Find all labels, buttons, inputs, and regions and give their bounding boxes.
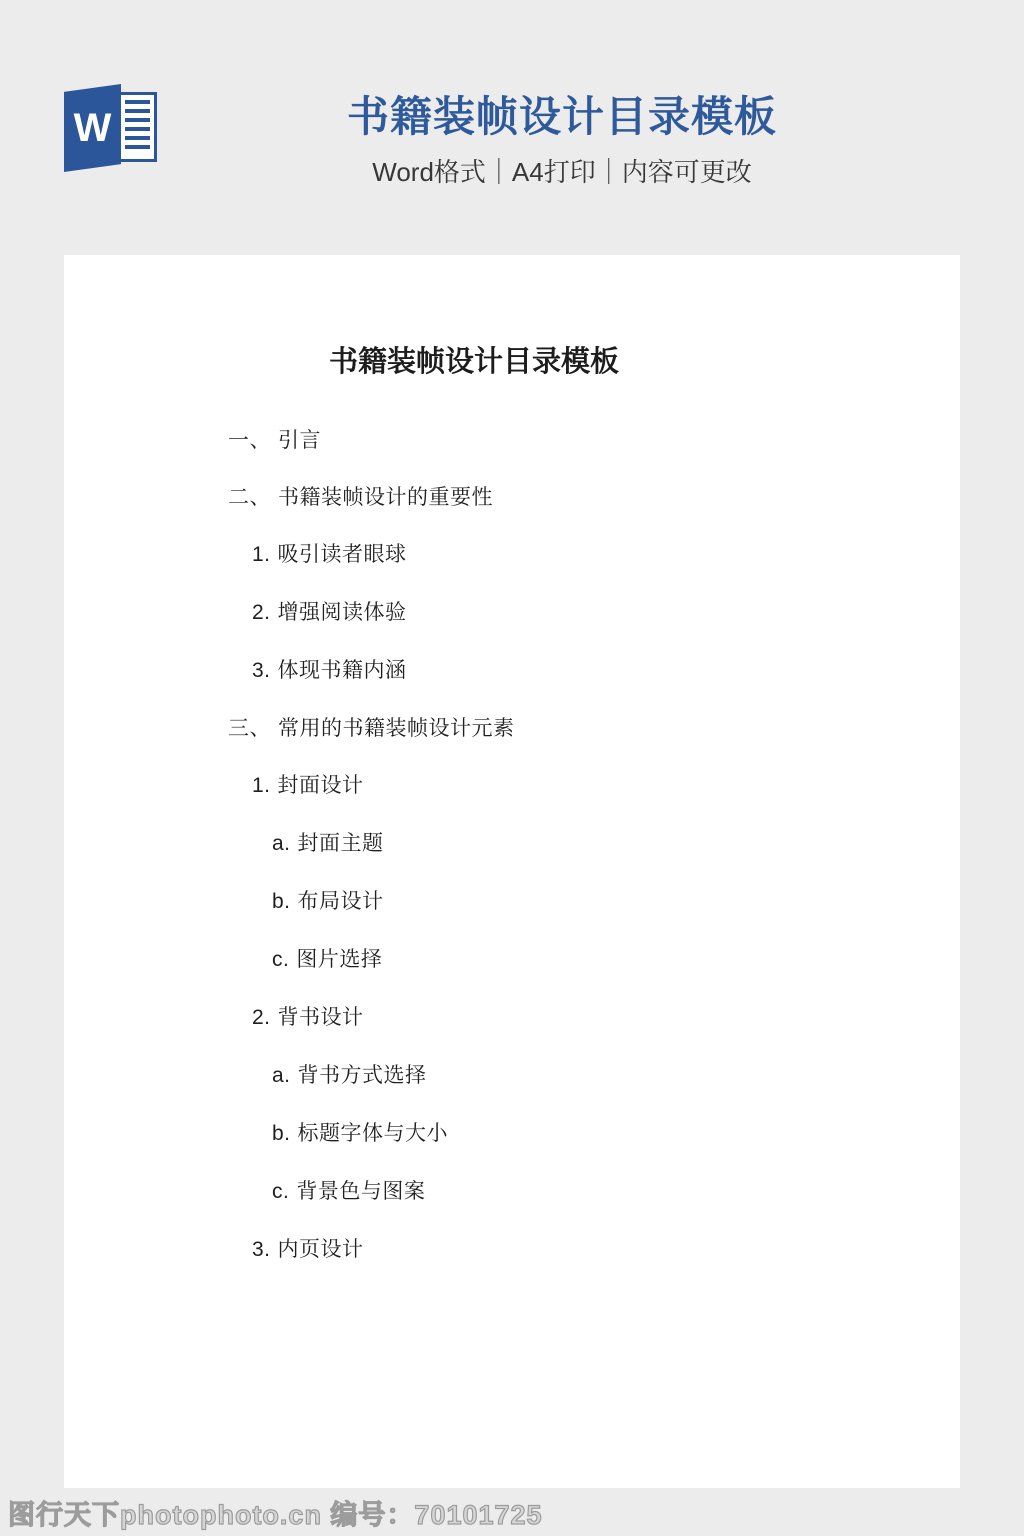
toc-item-prefix: 2. bbox=[252, 1006, 271, 1029]
toc-item-prefix: 三、 bbox=[228, 716, 271, 740]
toc-item: 2.增强阅读体验 bbox=[252, 601, 960, 624]
toc-item-prefix: 二、 bbox=[228, 485, 271, 509]
toc-item-prefix: a. bbox=[272, 1064, 291, 1087]
toc-item-text: 内页设计 bbox=[278, 1237, 364, 1261]
toc-item-prefix: 1. bbox=[252, 543, 271, 566]
toc-item-text: 布局设计 bbox=[298, 889, 384, 913]
toc-item-text: 背景色与图案 bbox=[296, 1179, 425, 1203]
template-title: 书籍装帧设计目录模板 bbox=[100, 94, 1024, 140]
toc-item-prefix: 一、 bbox=[228, 428, 271, 452]
toc-item: 三、常用的书籍装帧设计元素 bbox=[228, 717, 960, 739]
toc-item-prefix: a. bbox=[272, 832, 291, 855]
toc-item-text: 背书方式选择 bbox=[298, 1063, 427, 1087]
toc-item-text: 图片选择 bbox=[296, 947, 382, 971]
toc-item: 一、引言 bbox=[228, 429, 960, 451]
toc-item-text: 封面主题 bbox=[298, 831, 384, 855]
toc-item: 1.封面设计 bbox=[252, 774, 960, 797]
toc-item: 3.体现书籍内涵 bbox=[252, 659, 960, 682]
toc-item: a.背书方式选择 bbox=[272, 1064, 960, 1087]
toc-item: c.图片选择 bbox=[272, 948, 960, 971]
toc-item: 2.背书设计 bbox=[252, 1006, 960, 1029]
toc-item-prefix: b. bbox=[272, 1122, 291, 1145]
page-background: W 书籍装帧设计目录模板 Word格式｜A4打印｜内容可更改 书籍装帧设计目录模… bbox=[0, 0, 1024, 1536]
toc-item: a.封面主题 bbox=[272, 832, 960, 855]
toc-item-text: 增强阅读体验 bbox=[278, 600, 407, 624]
template-subtitle: Word格式｜A4打印｜内容可更改 bbox=[100, 157, 1024, 188]
toc-item: 1.吸引读者眼球 bbox=[252, 543, 960, 566]
toc-item: b.布局设计 bbox=[272, 890, 960, 913]
toc-item-prefix: c. bbox=[272, 1180, 289, 1203]
toc-item-text: 标题字体与大小 bbox=[298, 1121, 449, 1145]
toc-list: 一、引言二、书籍装帧设计的重要性1.吸引读者眼球2.增强阅读体验3.体现书籍内涵… bbox=[64, 429, 960, 1261]
toc-item-text: 体现书籍内涵 bbox=[278, 658, 407, 682]
toc-item: 3.内页设计 bbox=[252, 1238, 960, 1261]
watermark-text: 图行天下photophoto.cn 编号：70101725 bbox=[0, 1493, 543, 1532]
toc-item-prefix: b. bbox=[272, 890, 291, 913]
toc-item-prefix: 2. bbox=[252, 601, 271, 624]
toc-item-prefix: 1. bbox=[252, 774, 271, 797]
toc-item-prefix: 3. bbox=[252, 1238, 271, 1261]
toc-item-text: 书籍装帧设计的重要性 bbox=[278, 485, 493, 509]
toc-item-text: 常用的书籍装帧设计元素 bbox=[278, 716, 515, 740]
watermark-footer: 图行天下photophoto.cn 编号：70101725 bbox=[0, 1488, 1024, 1536]
toc-item-text: 背书设计 bbox=[278, 1005, 364, 1029]
toc-item-text: 封面设计 bbox=[278, 773, 364, 797]
document-page: 书籍装帧设计目录模板 一、引言二、书籍装帧设计的重要性1.吸引读者眼球2.增强阅… bbox=[64, 255, 960, 1488]
toc-item: 二、书籍装帧设计的重要性 bbox=[228, 486, 960, 508]
toc-item-prefix: 3. bbox=[252, 659, 271, 682]
toc-item: c.背景色与图案 bbox=[272, 1180, 960, 1203]
toc-item-text: 引言 bbox=[278, 428, 321, 452]
toc-item-text: 吸引读者眼球 bbox=[278, 542, 407, 566]
document-title: 书籍装帧设计目录模板 bbox=[64, 341, 884, 383]
toc-item-prefix: c. bbox=[272, 948, 289, 971]
toc-item: b.标题字体与大小 bbox=[272, 1122, 960, 1145]
